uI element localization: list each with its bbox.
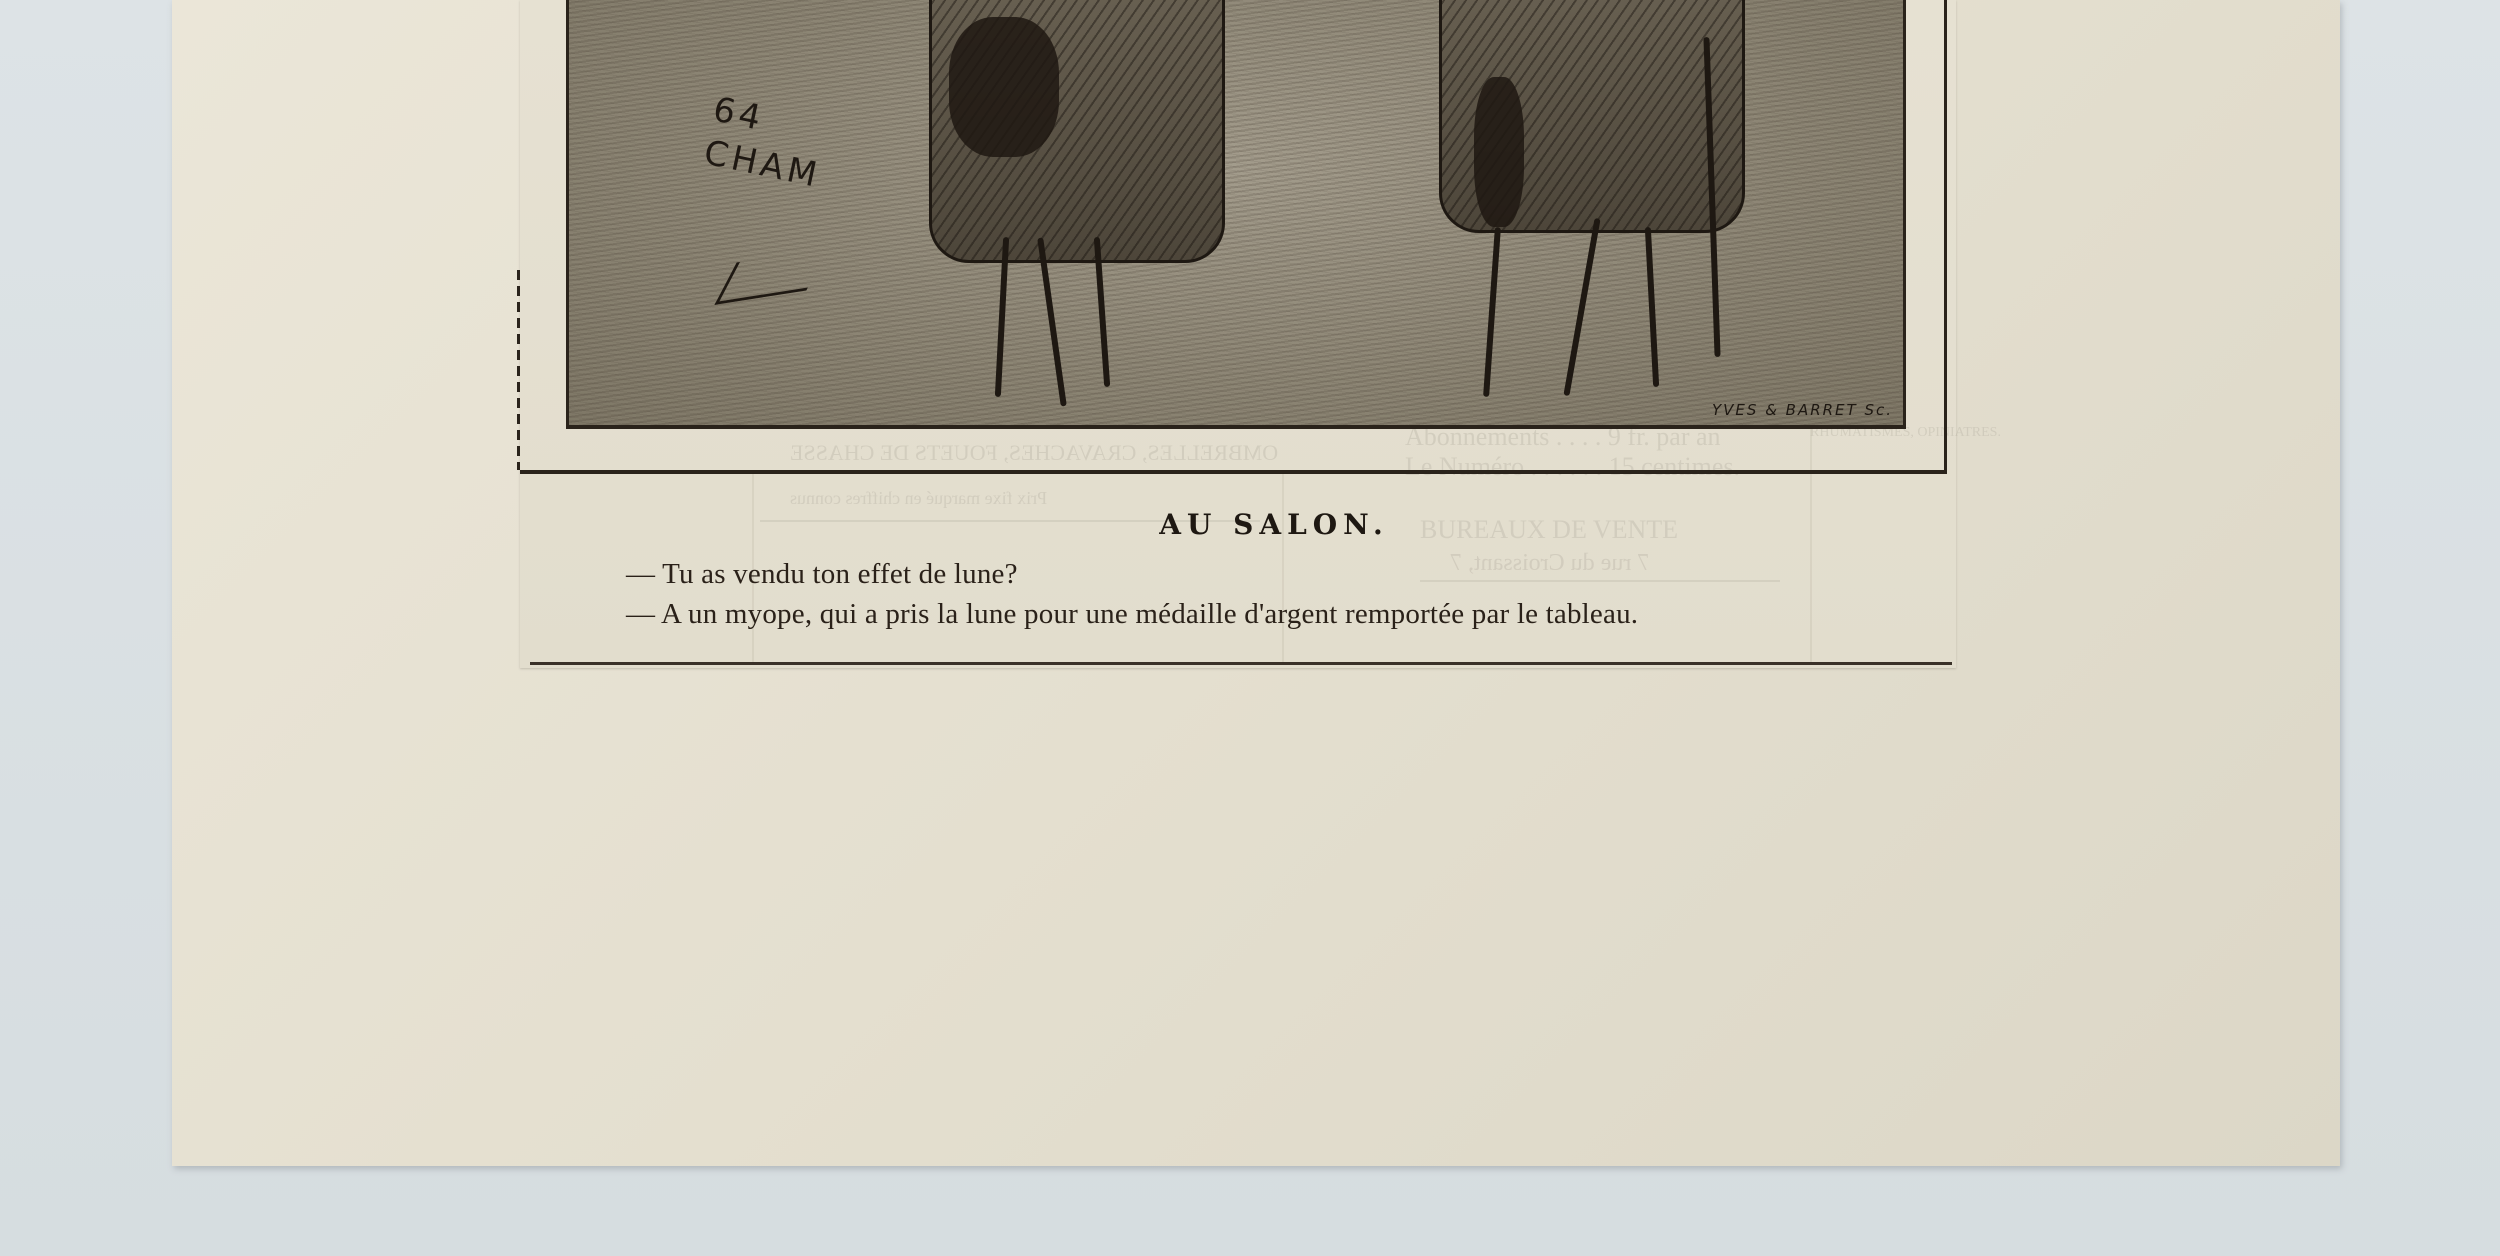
clipping-bottom-rule xyxy=(530,662,1952,665)
figure-right-shadow xyxy=(1474,77,1524,227)
caption-line-2: — A un myope, qui a pris la lune pour un… xyxy=(626,598,1638,631)
engraver-credit: YVES & BARRET Sc. xyxy=(1712,401,1893,419)
bleed-through-text: 7 rue du Croissant, 7 xyxy=(1450,550,1649,577)
figure-right-leg xyxy=(1483,227,1501,397)
lithograph-illustration: YVES & BARRET Sc. xyxy=(566,0,1906,429)
caption-title-text: AU SALON. xyxy=(1159,508,1388,541)
caption-title: AU SALON. xyxy=(0,508,2500,541)
bleed-through-rule xyxy=(1420,580,1780,582)
bleed-through-text: Prix fixe marqué en chiffres connus xyxy=(790,488,1047,509)
bleed-through-column-rule xyxy=(1282,470,1284,665)
figure-right-leg xyxy=(1645,227,1659,387)
clipping-left-border xyxy=(517,270,520,470)
figure-left-shadow xyxy=(949,17,1059,157)
figure-right-leg xyxy=(1563,218,1600,396)
caption-line-1: — Tu as vendu ton effet de lune? xyxy=(626,558,1018,591)
